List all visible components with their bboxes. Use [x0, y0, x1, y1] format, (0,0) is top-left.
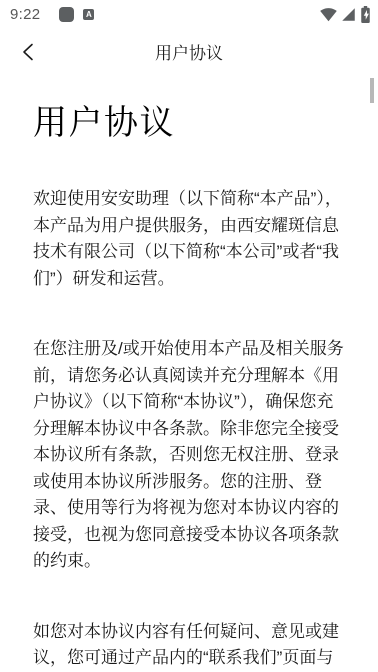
battery-charging-icon — [360, 6, 371, 23]
agreement-content: 用户协议 欢迎使用安安助理（以下简称“本产品”），本产品为用户提供服务，由西安耀… — [0, 101, 378, 672]
status-bar-right — [320, 6, 371, 23]
agreement-paragraph: 在您注册及/或开始使用本产品及相关服务前，请您务必认真阅读并充分理解本《用户协议… — [33, 336, 345, 575]
app-notification-icon — [59, 7, 74, 22]
agreement-paragraph: 如您对本协议内容有任何疑问、意见或建议，您可通过产品内的“联系我们”页面与 — [33, 619, 345, 672]
status-bar-left: 9:22 A — [10, 6, 94, 23]
letter-a-badge-icon: A — [83, 9, 94, 20]
scrollbar-thumb[interactable] — [370, 78, 374, 103]
agreement-paragraph: 欢迎使用安安助理（以下简称“本产品”），本产品为用户提供服务，由西安耀斑信息技术… — [33, 186, 345, 292]
page-title: 用户协议 — [33, 101, 345, 145]
status-bar: 9:22 A — [0, 0, 378, 28]
cellular-signal-icon — [341, 7, 356, 22]
status-time: 9:22 — [10, 6, 40, 23]
wifi-icon — [320, 6, 337, 23]
app-bar-title: 用户协议 — [0, 39, 378, 64]
app-bar: 用户协议 — [0, 28, 378, 75]
